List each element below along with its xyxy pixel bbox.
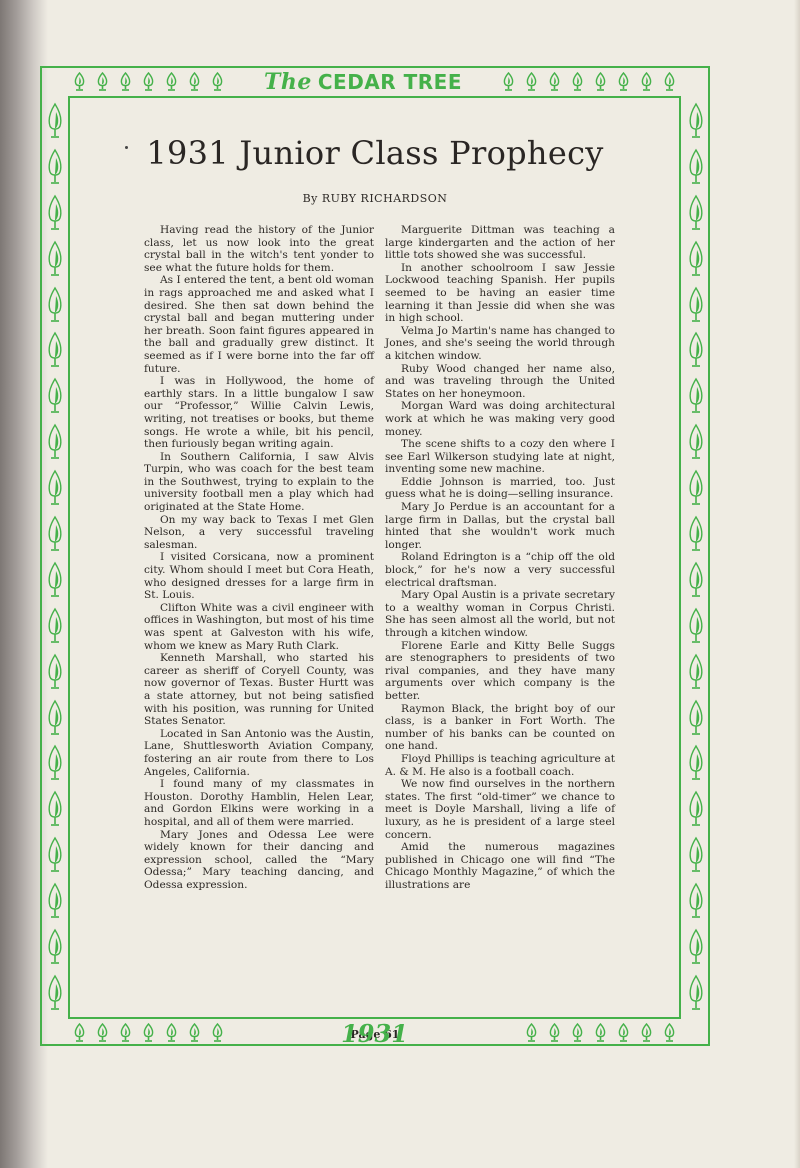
- article-paragraph: Mary Jones and Odessa Lee were widely kn…: [144, 829, 374, 892]
- article-paragraph: Velma Jo Martin's name has changed to Jo…: [385, 325, 615, 363]
- masthead: TheCEDAR TREE: [264, 69, 462, 95]
- cedar-tree-icon: [687, 607, 705, 647]
- article-paragraph: Marguerite Dittman was teaching a large …: [385, 224, 615, 262]
- cedar-tree-icon: [210, 1023, 225, 1043]
- cedar-tree-icon: [95, 1023, 110, 1043]
- article-paragraph: Having read the history of the Junior cl…: [144, 224, 374, 274]
- masthead-title: CEDAR TREE: [318, 70, 462, 94]
- article-paragraph: We now find ourselves in the northern st…: [385, 778, 615, 841]
- cedar-tree-icon: [46, 653, 64, 693]
- cedar-tree-icon: [570, 1023, 585, 1043]
- cedar-tree-icon: [662, 72, 677, 92]
- tree-row-bottom-right: [524, 1023, 677, 1043]
- cedar-tree-icon: [687, 331, 705, 371]
- article-paragraph: Amid the numerous magazines published in…: [385, 841, 615, 891]
- cedar-tree-icon: [616, 1023, 631, 1043]
- cedar-tree-icon: [46, 928, 64, 968]
- cedar-tree-icon: [46, 882, 64, 922]
- cedar-tree-icon: [687, 974, 705, 1014]
- cedar-tree-icon: [687, 790, 705, 830]
- cedar-tree-icon: [687, 377, 705, 417]
- cedar-tree-icon: [46, 240, 64, 280]
- article-paragraph: Mary Opal Austin is a private secretary …: [385, 589, 615, 639]
- cedar-tree-icon: [687, 286, 705, 326]
- cedar-tree-icon: [687, 469, 705, 509]
- cedar-tree-icon: [72, 1023, 87, 1043]
- article-paragraph: I was in Hollywood, the home of earthly …: [144, 375, 374, 451]
- cedar-tree-icon: [687, 148, 705, 188]
- cedar-tree-icon: [524, 1023, 539, 1043]
- article-paragraph: I found many of my classmates in Houston…: [144, 778, 374, 828]
- cedar-tree-icon: [687, 423, 705, 463]
- cedar-tree-icon: [46, 331, 64, 371]
- article-paragraph: On my way back to Texas I met Glen Nelso…: [144, 514, 374, 552]
- article-paragraph: Ruby Wood changed her name also, and was…: [385, 363, 615, 401]
- cedar-tree-icon: [687, 102, 705, 142]
- article-paragraph: Kenneth Marshall, who started his career…: [144, 652, 374, 728]
- cedar-tree-icon: [524, 72, 539, 92]
- cedar-tree-icon: [547, 72, 562, 92]
- article-paragraph: Roland Edrington is a “chip off the old …: [385, 551, 615, 589]
- footer-year: 1931: [341, 1019, 408, 1048]
- article-paragraph: As I entered the tent, a bent old woman …: [144, 274, 374, 375]
- cedar-tree-icon: [46, 836, 64, 876]
- cedar-tree-icon: [46, 423, 64, 463]
- cedar-tree-icon: [46, 148, 64, 188]
- footer-strip: 1931: [72, 1020, 677, 1046]
- cedar-tree-icon: [164, 1023, 179, 1043]
- cedar-tree-icon: [687, 515, 705, 555]
- cedar-tree-icon: [141, 72, 156, 92]
- cedar-tree-icon: [46, 377, 64, 417]
- article-paragraph: Floyd Phillips is teaching agriculture a…: [385, 753, 615, 778]
- cedar-tree-icon: [570, 72, 585, 92]
- cedar-tree-icon: [593, 1023, 608, 1043]
- cedar-tree-icon: [210, 72, 225, 92]
- cedar-tree-icon: [639, 1023, 654, 1043]
- cedar-tree-icon: [46, 790, 64, 830]
- article-paragraph: Morgan Ward was doing architectural work…: [385, 400, 615, 438]
- cedar-tree-icon: [687, 561, 705, 601]
- tree-row-top-left: [72, 72, 225, 92]
- article-paragraph: Clifton White was a civil engineer with …: [144, 602, 374, 652]
- cedar-tree-icon: [687, 699, 705, 739]
- cedar-tree-icon: [95, 72, 110, 92]
- cedar-tree-icon: [72, 72, 87, 92]
- cedar-tree-icon: [616, 72, 631, 92]
- cedar-tree-icon: [687, 744, 705, 784]
- cedar-tree-icon: [46, 744, 64, 784]
- article-paragraph: Mary Jo Perdue is an accountant for a la…: [385, 501, 615, 551]
- article-column-left: Having read the history of the Junior cl…: [144, 224, 374, 891]
- cedar-tree-icon: [662, 1023, 677, 1043]
- cedar-tree-icon: [687, 836, 705, 876]
- article-paragraph: The scene shifts to a cozy den where I s…: [385, 438, 615, 476]
- article-paragraph: Located in San Antonio was the Austin, L…: [144, 728, 374, 778]
- article-paragraph: Florene Earle and Kitty Belle Suggs are …: [385, 640, 615, 703]
- article-byline: By RUBY RICHARDSON: [70, 192, 680, 205]
- cedar-tree-icon: [501, 72, 516, 92]
- cedar-tree-icon: [687, 240, 705, 280]
- cedar-tree-icon: [46, 469, 64, 509]
- cedar-tree-icon: [639, 72, 654, 92]
- cedar-tree-icon: [187, 72, 202, 92]
- article-title: 1931 Junior Class Prophecy: [70, 134, 680, 172]
- cedar-tree-icon: [46, 561, 64, 601]
- article-paragraph: In another schoolroom I saw Jessie Lockw…: [385, 262, 615, 325]
- masthead-strip: TheCEDAR TREE: [72, 68, 677, 96]
- masthead-prefix: The: [264, 69, 312, 95]
- article-column-right: Marguerite Dittman was teaching a large …: [385, 224, 615, 891]
- cedar-tree-icon: [687, 882, 705, 922]
- cedar-tree-icon: [547, 1023, 562, 1043]
- cedar-tree-icon: [46, 286, 64, 326]
- tree-column-right: [683, 102, 709, 1014]
- cedar-tree-icon: [46, 607, 64, 647]
- article-paragraph: Raymon Black, the bright boy of our clas…: [385, 703, 615, 753]
- cedar-tree-icon: [593, 72, 608, 92]
- cedar-tree-icon: [46, 515, 64, 555]
- cedar-tree-icon: [187, 1023, 202, 1043]
- article-paragraph: I visited Corsicana, now a prominent cit…: [144, 551, 374, 601]
- cedar-tree-icon: [164, 72, 179, 92]
- tree-column-left: [42, 102, 68, 1014]
- article-paragraph: Eddie Johnson is married, too. Just gues…: [385, 476, 615, 501]
- tree-row-top-right: [501, 72, 677, 92]
- cedar-tree-icon: [687, 928, 705, 968]
- cedar-tree-icon: [687, 653, 705, 693]
- cedar-tree-icon: [46, 974, 64, 1014]
- tree-row-bottom-left: [72, 1023, 225, 1043]
- cedar-tree-icon: [687, 194, 705, 234]
- page-edge: [794, 0, 800, 1168]
- cedar-tree-icon: [118, 1023, 133, 1043]
- cedar-tree-icon: [46, 699, 64, 739]
- cedar-tree-icon: [46, 102, 64, 142]
- cedar-tree-icon: [141, 1023, 156, 1043]
- article-paragraph: In Southern California, I saw Alvis Turp…: [144, 451, 374, 514]
- cedar-tree-icon: [46, 194, 64, 234]
- cedar-tree-icon: [118, 72, 133, 92]
